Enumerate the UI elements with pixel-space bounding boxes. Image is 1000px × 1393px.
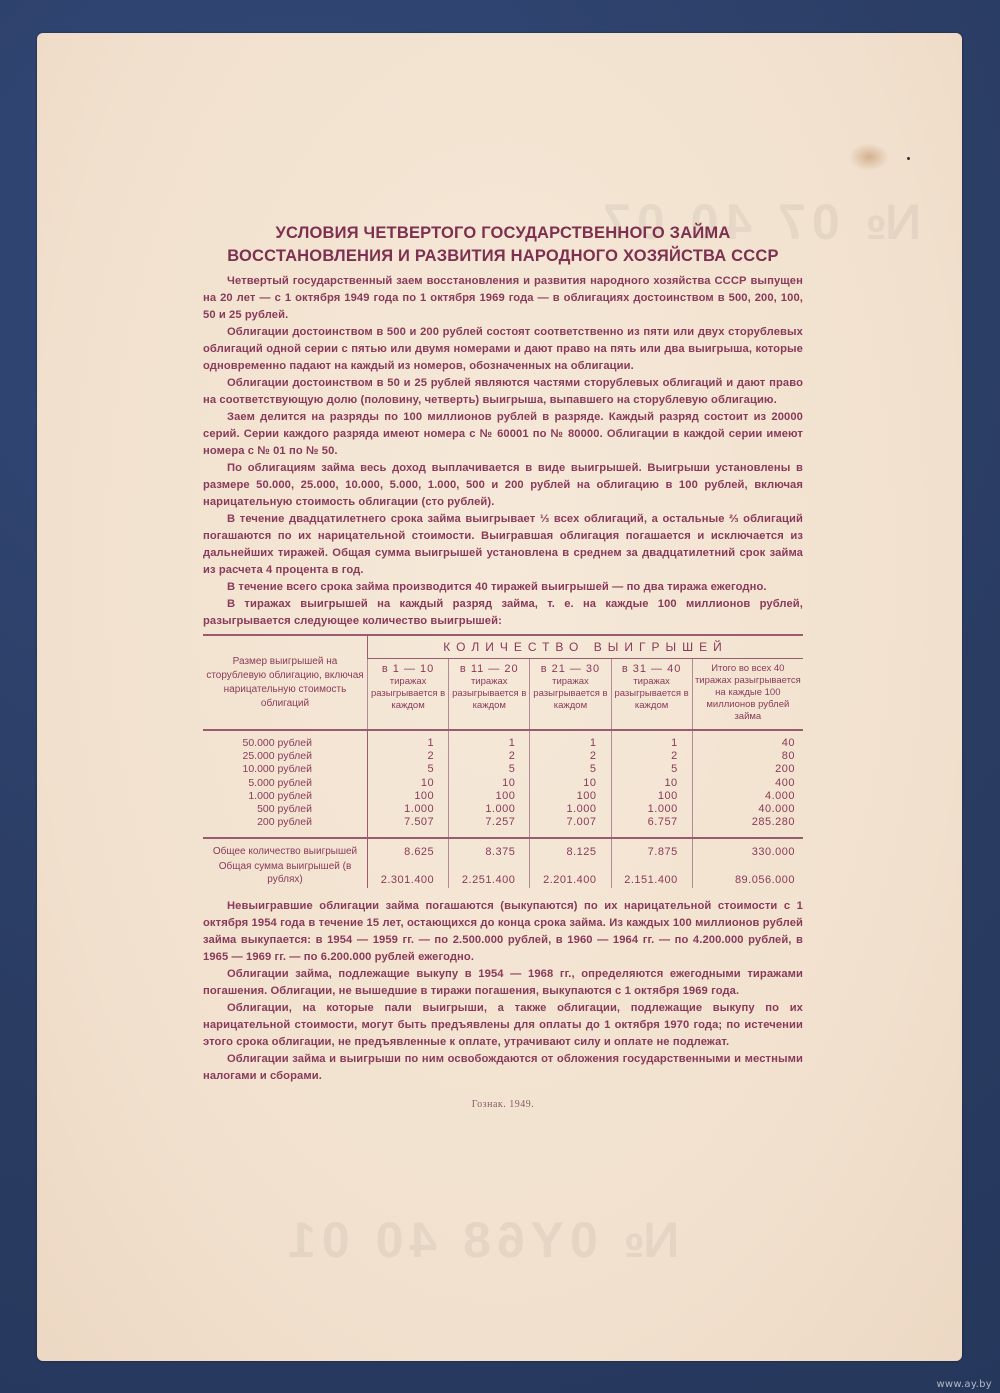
summary-value: 8.125 [530,838,611,860]
summary-total: 330.000 [692,838,803,860]
draw-range-header: в 21 — 30тиражах разыгрывается в каждом [530,659,611,731]
draw-range-desc: тиражах разыгрывается в каждом [371,676,445,711]
draw-count: 10 [368,777,449,790]
draw-count: 1.000 [368,803,449,816]
draw-range-desc: тиражах разыгрывается в каждом [452,676,526,711]
prize-size-header: Размер выигрышей на сторублевую облигаци… [203,635,368,730]
draw-count: 2 [611,750,692,763]
title-line-1: УСЛОВИЯ ЧЕТВЕРТОГО ГОСУДАРСТВЕННОГО ЗАЙМ… [203,222,803,245]
ghost-serial-bottom: № 0Y68 40 01 [282,1211,679,1269]
draw-count: 1.000 [449,803,530,816]
paragraph: Заем делится на разряды по 100 миллионов… [203,409,803,460]
draw-range: в 1 — 10 [369,663,447,675]
table-row: 5.000 рублей10101010400 [203,777,803,790]
summary-label: Общая сумма выигрышей (в рублях) [203,860,368,888]
paragraph: Облигации займа, подлежащие выкупу в 195… [203,966,803,1000]
table-row: 25.000 рублей222280 [203,750,803,763]
total-header: Итого во всех 40 тиражах разыгрывается н… [692,659,803,731]
paragraph: В тиражах выигрышей на каждый разряд зай… [203,596,803,630]
prize-amount: 500 рублей [203,803,368,816]
prize-amount: 1.000 рублей [203,790,368,803]
draw-count: 1 [611,730,692,750]
draw-range: в 21 — 30 [531,663,609,675]
printer-imprint: Гознак. 1949. [203,1099,803,1110]
summary-value: 8.625 [368,838,449,860]
prize-amount: 10.000 рублей [203,763,368,776]
prize-amount: 50.000 рублей [203,730,368,750]
summary-row: Общее количество выигрышей8.6258.3758.12… [203,838,803,860]
table-row: 10.000 рублей5555200 [203,763,803,776]
table-row: 500 рублей1.0001.0001.0001.00040.000 [203,803,803,816]
paragraph: В течение двадцатилетнего срока займа вы… [203,511,803,579]
summary-value: 2.151.400 [611,860,692,888]
draw-range: в 31 — 40 [613,663,691,675]
draw-count: 10 [530,777,611,790]
paragraph: Облигации достоинством в 500 и 200 рубле… [203,324,803,375]
winnings-count-header: КОЛИЧЕСТВО ВЫИГРЫШЕЙ [368,635,804,659]
total-count: 400 [692,777,803,790]
total-count: 80 [692,750,803,763]
summary-value: 8.375 [449,838,530,860]
draw-count: 1 [449,730,530,750]
loan-conditions: УСЛОВИЯ ЧЕТВЕРТОГО ГОСУДАРСТВЕННОГО ЗАЙМ… [203,222,803,1110]
draw-count: 5 [449,763,530,776]
prize-amount: 25.000 рублей [203,750,368,763]
table-row: 200 рублей7.5077.2577.0076.757285.280 [203,816,803,838]
draw-range-header: в 31 — 40тиражах разыгрывается в каждом [611,659,692,731]
draw-count: 100 [368,790,449,803]
paragraph: Облигации достоинством в 50 и 25 рублей … [203,375,803,409]
paper-stain [849,143,889,171]
summary-total: 89.056.000 [692,860,803,888]
total-count: 4.000 [692,790,803,803]
table-row: 50.000 рублей111140 [203,730,803,750]
draw-count: 5 [368,763,449,776]
summary-value: 7.875 [611,838,692,860]
summary-label: Общее количество выигрышей [203,838,368,860]
summary-value: 2.201.400 [530,860,611,888]
draw-range-header: в 1 — 10тиражах разыгрывается в каждом [368,659,449,731]
document-title: УСЛОВИЯ ЧЕТВЕРТОГО ГОСУДАРСТВЕННОГО ЗАЙМ… [203,222,803,268]
draw-count: 7.257 [449,816,530,838]
prize-amount: 5.000 рублей [203,777,368,790]
draw-count: 2 [530,750,611,763]
draw-range: в 11 — 20 [450,663,528,675]
paragraph: В течение всего срока займа производится… [203,579,803,596]
paragraph: Облигации, на которые пали выигрыши, а т… [203,1000,803,1051]
draw-count: 1.000 [611,803,692,816]
draw-count: 5 [611,763,692,776]
draw-count: 10 [449,777,530,790]
paragraphs-top: Четвертый государственный заем восстанов… [203,273,803,630]
summary-value: 2.251.400 [449,860,530,888]
paragraphs-bottom: Невыигравшие облигации займа погашаются … [203,898,803,1085]
draw-count: 10 [611,777,692,790]
paragraph: Облигации займа и выигрыши по ним освобо… [203,1051,803,1085]
draw-range-desc: тиражах разыгрывается в каждом [533,676,607,711]
paragraph: Невыигравшие облигации займа погашаются … [203,898,803,966]
paragraph: Четвертый государственный заем восстанов… [203,273,803,324]
paper-puncture [907,157,910,160]
draw-count: 1 [530,730,611,750]
draw-count: 6.757 [611,816,692,838]
draw-range-desc: тиражах разыгрывается в каждом [614,676,688,711]
draw-count: 7.507 [368,816,449,838]
total-count: 285.280 [692,816,803,838]
title-line-2: ВОССТАНОВЛЕНИЯ И РАЗВИТИЯ НАРОДНОГО ХОЗЯ… [203,245,803,268]
draw-count: 2 [449,750,530,763]
total-count: 200 [692,763,803,776]
draw-count: 100 [611,790,692,803]
paragraph: По облигациям займа весь доход выплачива… [203,460,803,511]
draw-count: 2 [368,750,449,763]
draw-count: 1 [368,730,449,750]
draw-count: 100 [530,790,611,803]
winnings-table: Размер выигрышей на сторублевую облигаци… [203,634,803,888]
site-watermark: www.ay.by [936,1379,992,1390]
draw-count: 1.000 [530,803,611,816]
prize-amount: 200 рублей [203,816,368,838]
draw-count: 7.007 [530,816,611,838]
total-count: 40 [692,730,803,750]
draw-range-header: в 11 — 20тиражах разыгрывается в каждом [449,659,530,731]
total-count: 40.000 [692,803,803,816]
draw-count: 100 [449,790,530,803]
summary-value: 2.301.400 [368,860,449,888]
draw-count: 5 [530,763,611,776]
table-row: 1.000 рублей1001001001004.000 [203,790,803,803]
summary-row: Общая сумма выигрышей (в рублях)2.301.40… [203,860,803,888]
